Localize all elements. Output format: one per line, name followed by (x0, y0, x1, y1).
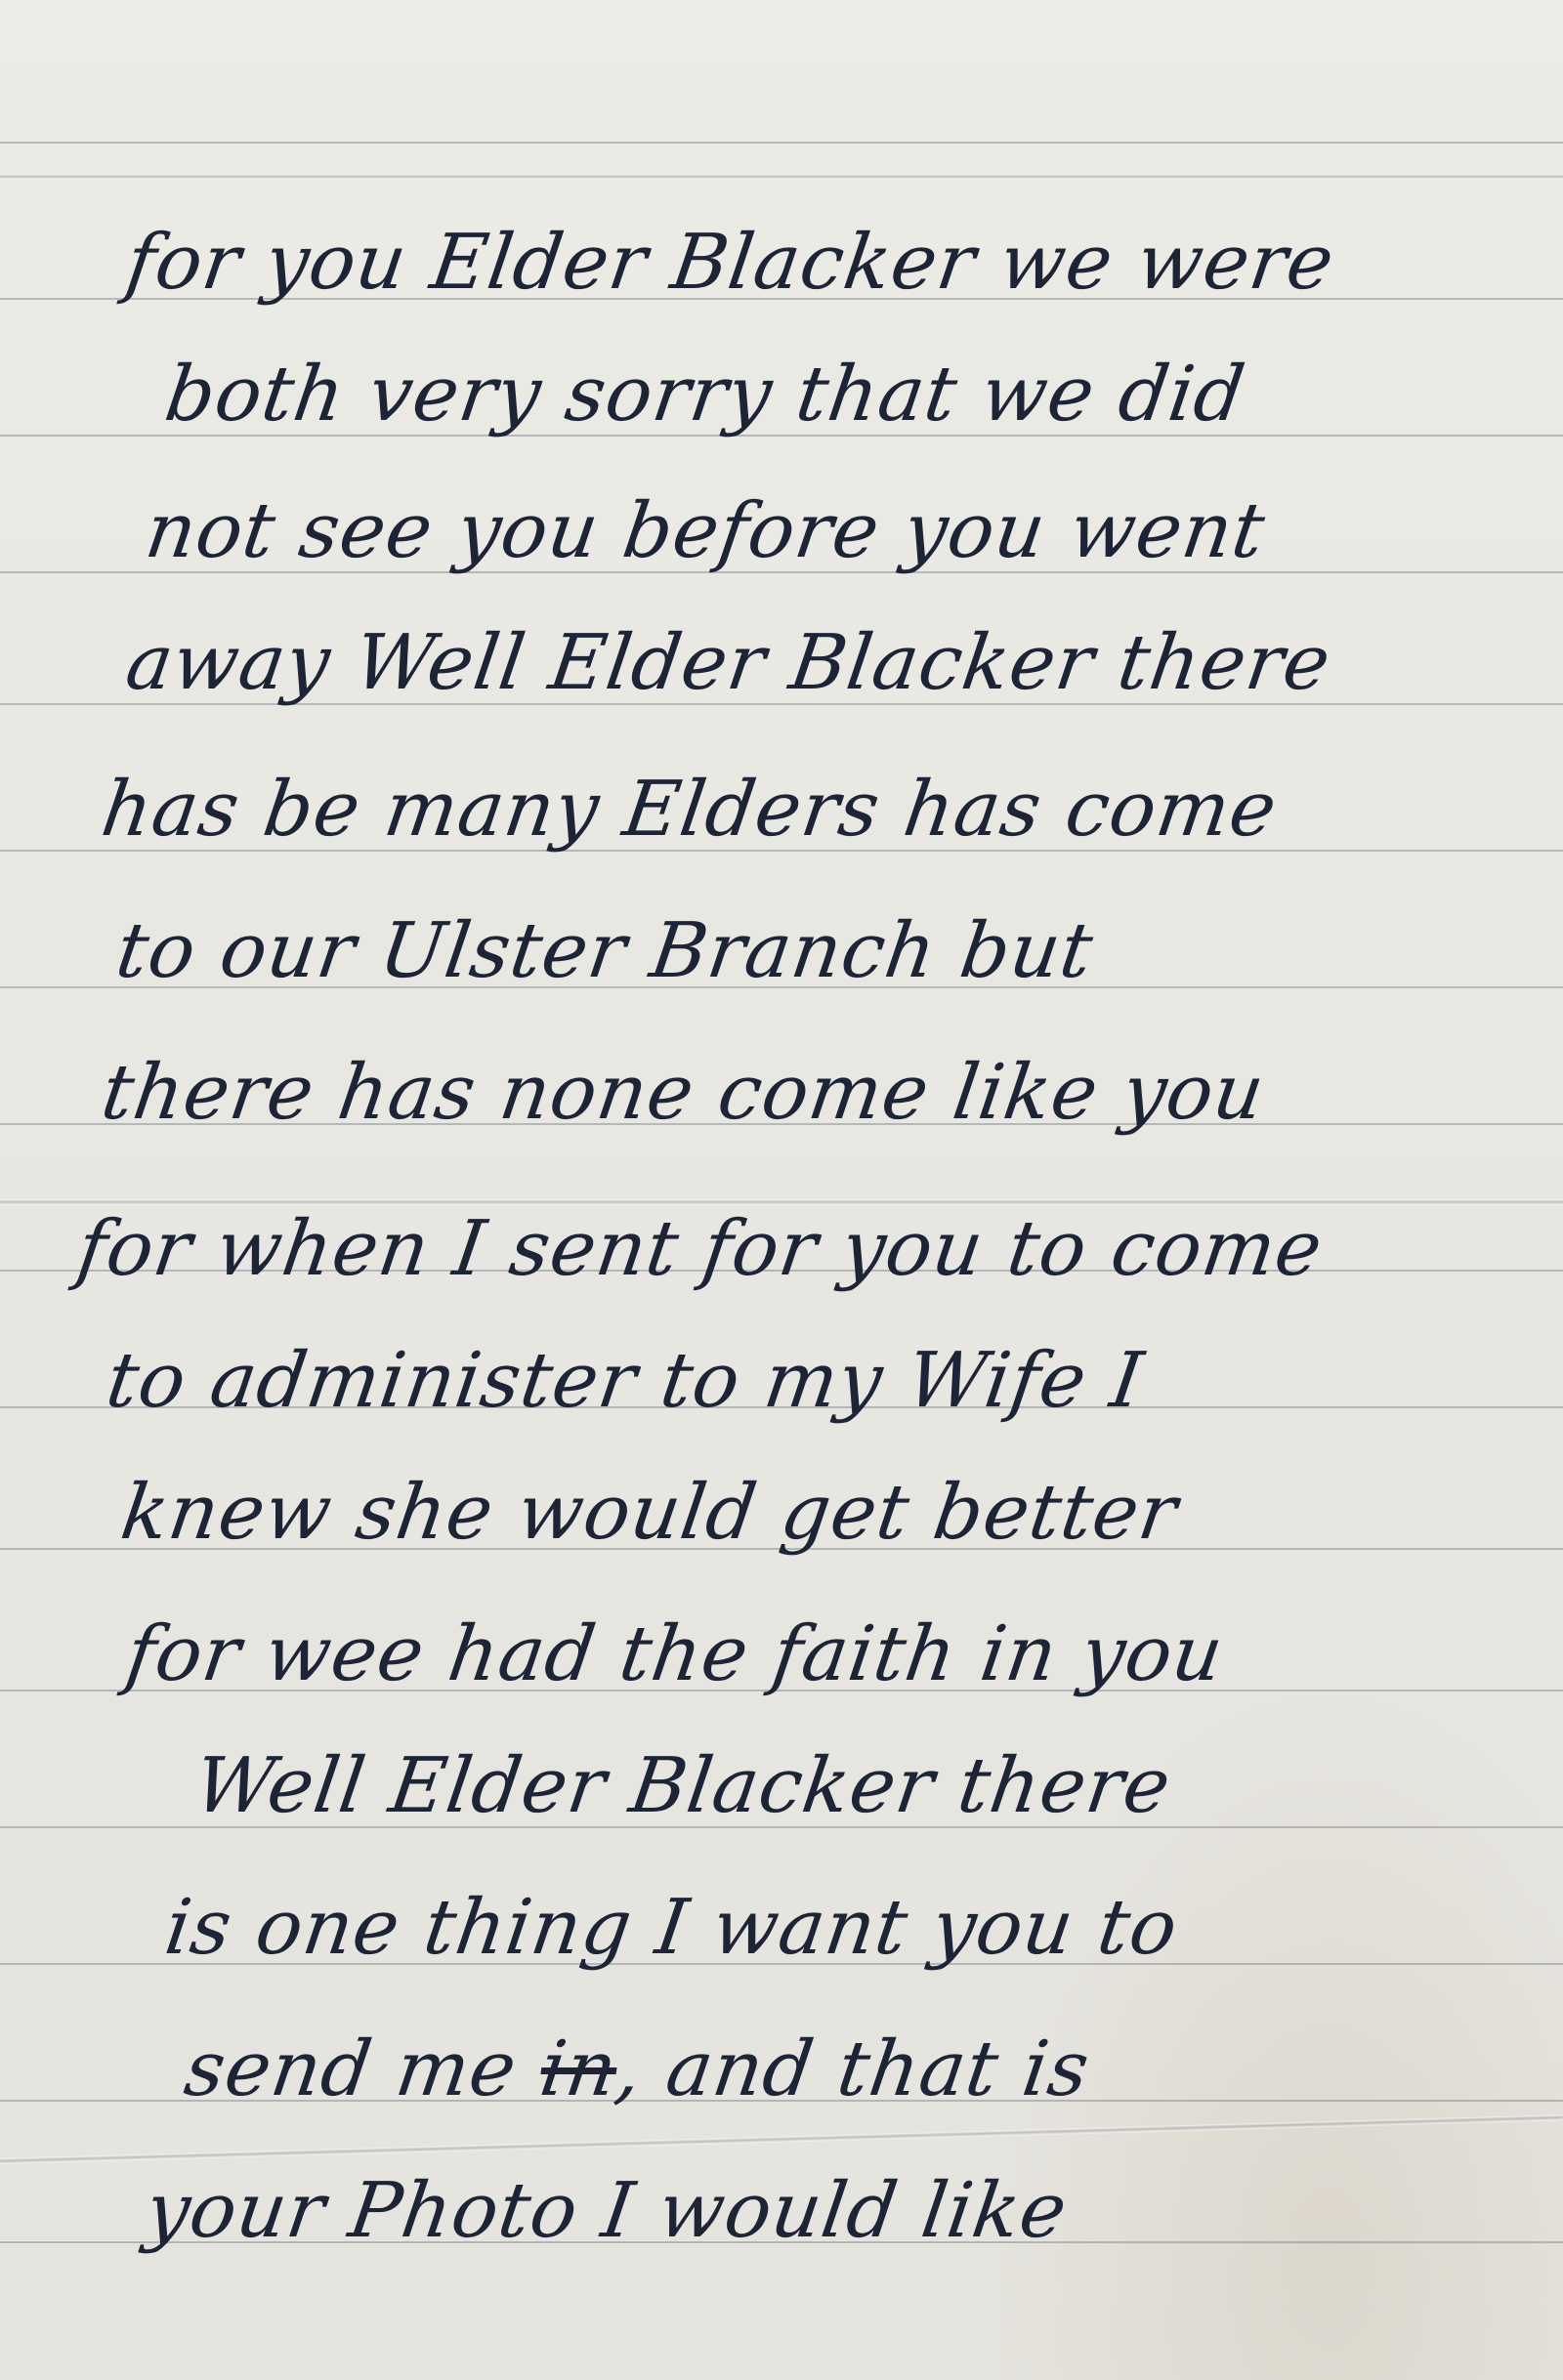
line-text: not see you before you went (142, 493, 1270, 569)
handwritten-line-13: is one thing I want you to (0, 1890, 1563, 1966)
line-text: your Photo I would like (142, 2173, 1073, 2249)
ruled-line (0, 142, 1563, 144)
handwritten-line-2: both very sorry that we did (0, 356, 1563, 433)
handwritten-line-11: for wee had the faith in you (0, 1616, 1563, 1692)
handwritten-line-1: for you Elder Blacker we were (0, 225, 1563, 301)
line-text: for when I sent for you to come (73, 1211, 1328, 1287)
handwritten-line-12: Well Elder Blacker there (0, 1748, 1563, 1824)
line-text: both very sorry that we did (161, 356, 1250, 433)
line-text: has be many Elders has come (98, 772, 1282, 848)
line-text: for wee had the faith in you (122, 1616, 1229, 1692)
handwritten-line-8: for when I sent for you to come (0, 1211, 1563, 1287)
letter-page: for you Elder Blacker we were both very … (0, 0, 1563, 2380)
line-text: knew she would get better (117, 1475, 1182, 1551)
line-text-part: , and that is (611, 2025, 1095, 2113)
handwritten-line-4: away Well Elder Blacker there (0, 625, 1563, 701)
line-text: away Well Elder Blacker there (122, 625, 1335, 701)
line-text: to administer to my Wife I (103, 1343, 1149, 1419)
paper-fold-crease (0, 174, 1563, 180)
handwritten-line-14: send me in, and that is (0, 2031, 1563, 2108)
handwritten-line-6: to our Ulster Branch but (0, 913, 1563, 989)
line-text: for you Elder Blacker we were (122, 225, 1339, 301)
line-text: Well Elder Blacker there (190, 1748, 1176, 1824)
handwritten-line-9: to administer to my Wife I (0, 1343, 1563, 1419)
line-text: is one thing I want you to (161, 1890, 1183, 1966)
handwritten-line-5: has be many Elders has come (0, 772, 1563, 848)
handwritten-line-3: not see you before you went (0, 493, 1563, 569)
struck-out-word: in (535, 2025, 623, 2113)
handwritten-line-15: your Photo I would like (0, 2173, 1563, 2249)
line-text: to our Ulster Branch but (112, 913, 1098, 989)
paper-fold-crease (0, 2114, 1562, 2164)
line-text-part: send me (180, 2025, 548, 2113)
handwritten-line-10: knew she would get better (0, 1475, 1563, 1551)
handwritten-line-7: there has none come like you (0, 1055, 1563, 1131)
line-text: there has none come like you (98, 1055, 1270, 1131)
line-text: send me in, and that is (181, 2031, 1094, 2108)
